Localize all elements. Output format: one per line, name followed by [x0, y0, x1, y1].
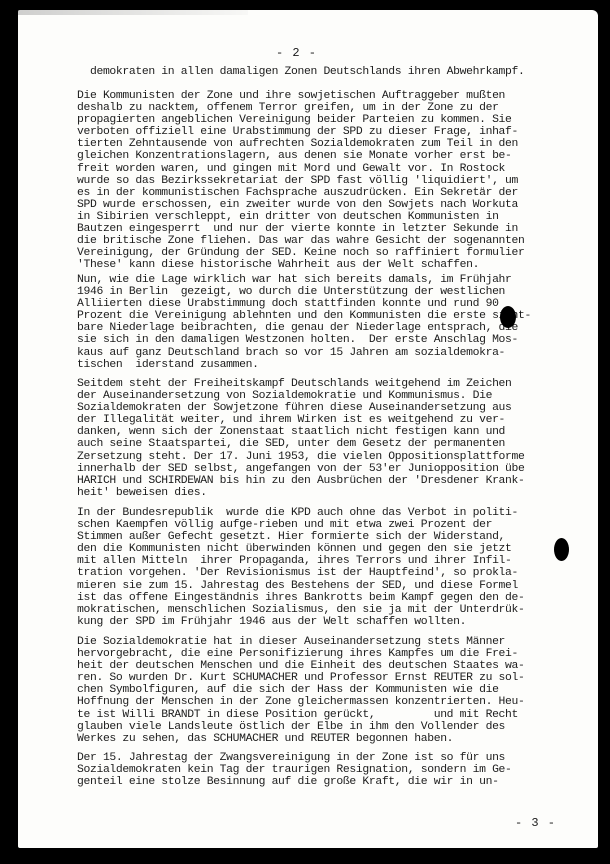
text-line: in Sibirien verschleppt, ein dritter von…: [77, 211, 597, 223]
text-line: tischen iderstand zusammen.: [77, 359, 597, 371]
text-line: SPD wurde erschossen, ein zweiter wurde …: [77, 199, 597, 211]
text-line: mieren sie zum 15. Jahrestag des Bestehe…: [77, 580, 597, 592]
page-number-bottom: - 3 -: [515, 816, 556, 830]
text-line: wurde so das Bezirkssekretariat der SPD …: [77, 175, 597, 187]
ink-blot: [500, 306, 516, 328]
text-line: chen Symbolfiguren, auf die sich der Has…: [77, 684, 597, 696]
text-line: freit worden waren, und gingen mit Mord …: [77, 163, 597, 175]
text-line: Werkes zu sehen, das SCHUMACHER und REUT…: [77, 733, 597, 745]
text-line: Bautzen eingesperrt und nur der vierte k…: [77, 223, 597, 235]
text-line: hervorgebracht, die eine Personifizierun…: [77, 648, 597, 660]
text-line: danken, wenn sich der Zonenstaat staatli…: [77, 426, 597, 438]
text-line: 1946 in Berlin gezeigt, wo durch die Unt…: [77, 286, 597, 298]
text-line: die britische Zone fliehen. Das war das …: [77, 235, 597, 247]
text-line: mit allen Mitteln ihrer Propaganda, ihre…: [77, 555, 597, 567]
text-line: 'These' kann diese historische Wahrheit …: [77, 259, 597, 271]
text-line: Sozialdemokraten der Sowjetzone führen d…: [77, 402, 597, 414]
text-line: Nun, wie die Lage wirklich war hat sich …: [77, 274, 597, 286]
text-line: te ist Willi BRANDT in diese Position ge…: [77, 709, 597, 721]
text-line: innerhalb der SED selbst, angefangen von…: [77, 463, 597, 475]
text-line: sie sich in den damaligen Westzonen holt…: [77, 334, 597, 346]
text-line: heit der deutschen Menschen und die Einh…: [77, 660, 597, 672]
text-line: heit' beweisen dies.: [77, 487, 597, 499]
text-line: Hoffnung der Menschen in der Zone gleich…: [77, 696, 597, 708]
text-line: mokratischen, menschlichen Sozialismus, …: [77, 604, 597, 616]
text-line: Prozent die Vereinigung ablehnten und de…: [77, 310, 597, 322]
text-line: genteil eine stolze Besinnung auf die gr…: [77, 776, 597, 788]
text-line: Die Kommunisten der Zone und ihre sowjet…: [77, 90, 597, 102]
text-line: tierten Zehntausende von aufrechten Sozi…: [77, 138, 597, 150]
text-line: tration vorgehen. 'Der Revisionismus ist…: [77, 567, 597, 579]
text-line: Der 15. Jahrestag der Zwangsvereinigung …: [77, 752, 597, 764]
page-number-top: - 2 -: [276, 46, 317, 60]
text-line: Sozialdemokraten kein Tag der traurigen …: [77, 764, 597, 776]
paragraph-continuation: demokraten in allen damaligen Zonen Deut…: [77, 66, 597, 78]
text-line: bare Niederlage beibrachten, die genau d…: [77, 322, 597, 334]
paragraph-jahrestag: Der 15. Jahrestag der Zwangsvereinigung …: [77, 752, 597, 788]
text-line: auch seine Staatspartei, die SED, unter …: [77, 438, 597, 450]
scan-edge-shadow: [18, 10, 248, 15]
text-line: kaus auf ganz Deutschland brach so vor 1…: [77, 347, 597, 359]
text-line: der Auseinandersetzung von Sozialdemokra…: [77, 390, 597, 402]
text-line: deshalb zu nacktem, offenem Terror greif…: [77, 102, 597, 114]
text-line: ist das offene Eingeständnis ihres Bankr…: [77, 592, 597, 604]
text-line: propagierten angeblichen Vereinigung bei…: [77, 114, 597, 126]
text-line: In der Bundesrepublik wurde die KPD auch…: [77, 507, 597, 519]
text-line: Zersetzung steht. Der 17. Juni 1953, die…: [77, 451, 597, 463]
text-line: Stimmen außer Gefecht gesetzt. Hier form…: [77, 531, 597, 543]
text-line: es in der kommunistischen Fachsprache au…: [77, 187, 597, 199]
text-line: verboten offiziell eine Urabstimmung der…: [77, 126, 597, 138]
text-line: den die Kommunisten nicht überwinden kön…: [77, 543, 597, 555]
text-line: Die Sozialdemokratie hat in dieser Ausei…: [77, 636, 597, 648]
document-page: - 2 - demokraten in allen damaligen Zone…: [18, 10, 598, 848]
text-line: kung der SPD im Frühjahr 1946 aus der We…: [77, 616, 597, 628]
paragraph-bundesrepublik: In der Bundesrepublik wurde die KPD auch…: [77, 507, 597, 628]
paragraph-berlin-1946: Nun, wie die Lage wirklich war hat sich …: [77, 274, 597, 371]
text-line: der Illegalität weiter, und ihrem Wirken…: [77, 414, 597, 426]
text-line: Alliierten diese Urabstimmung doch statt…: [77, 298, 597, 310]
text-line: glauben viele Landsleute östlich der Elb…: [77, 721, 597, 733]
ink-blot: [554, 538, 569, 561]
text-line: Seitdem steht der Freiheitskampf Deutsch…: [77, 378, 597, 390]
text-line: HARICH und SCHIRDEWAN bis hin zu den Aus…: [77, 475, 597, 487]
paragraph-sozialdemokratie: Die Sozialdemokratie hat in dieser Ausei…: [77, 636, 597, 745]
paragraph-terror: Die Kommunisten der Zone und ihre sowjet…: [77, 90, 597, 271]
text-line: schen Kaempfen völlig aufge-rieben und m…: [77, 519, 597, 531]
text-line: gleichen Konzentrationslagern, aus denen…: [77, 150, 597, 162]
text-line: ren. So wurden Dr. Kurt SCHUMACHER und P…: [77, 672, 597, 684]
text-line: demokraten in allen damaligen Zonen Deut…: [77, 66, 597, 78]
text-line: Vereinigung, der Gründung der SED. Keine…: [77, 247, 597, 259]
paragraph-freiheitskampf: Seitdem steht der Freiheitskampf Deutsch…: [77, 378, 597, 499]
